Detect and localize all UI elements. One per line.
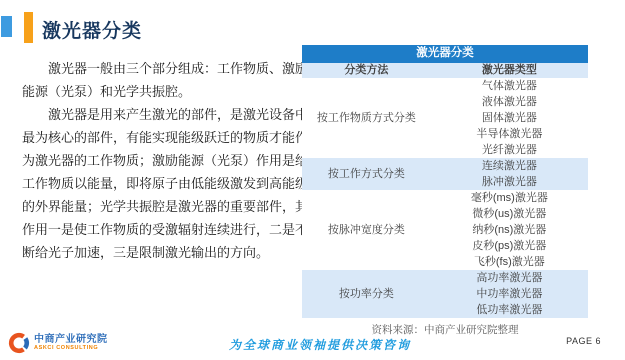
type-cell: 气体激光器 xyxy=(431,78,588,94)
type-cell: 低功率激光器 xyxy=(431,302,588,318)
laser-classification-table: 激光器分类 分类方法 激光器类型 按工作物质方式分类气体激光器液体激光器固体激光… xyxy=(302,45,588,318)
laser-table-body: 按工作物质方式分类气体激光器液体激光器固体激光器半导体激光器光纤激光器按工作方式… xyxy=(302,78,588,318)
type-cell: 高功率激光器 xyxy=(431,270,588,286)
method-cell: 按功率分类 xyxy=(302,270,431,318)
type-cell: 连续激光器 xyxy=(431,158,588,174)
table-header-row: 分类方法 激光器类型 xyxy=(302,63,588,78)
type-cell: 中功率激光器 xyxy=(431,286,588,302)
method-cell: 按工作物质方式分类 xyxy=(302,78,431,158)
company-slogan: 为全球商业领袖提供决策咨询 xyxy=(229,336,411,353)
company-logo: 中商产业研究院 ASKCI CONSULTING xyxy=(8,332,108,354)
table-row: 按脉冲宽度分类毫秒(ms)激光器 xyxy=(302,190,588,206)
type-cell: 脉冲激光器 xyxy=(431,174,588,190)
table-row: 按工作物质方式分类气体激光器 xyxy=(302,78,588,94)
type-cell: 固体激光器 xyxy=(431,110,588,126)
type-cell: 光纤激光器 xyxy=(431,142,588,158)
table-title: 激光器分类 xyxy=(302,45,588,63)
method-cell: 按脉冲宽度分类 xyxy=(302,190,431,270)
title-accent-blue-square xyxy=(1,16,12,37)
column-header-method: 分类方法 xyxy=(302,63,431,78)
askci-logo-icon xyxy=(8,332,30,354)
logo-name-en: ASKCI CONSULTING xyxy=(34,345,108,352)
type-cell: 纳秒(ns)激光器 xyxy=(431,222,588,238)
body-paragraph-1: 激光器一般由三个部分组成：工作物质、激励能源（光泵）和光学共振腔。 xyxy=(22,57,308,103)
body-paragraph-2: 激光器是用来产生激光的部件，是激光设备中最为核心的部件，有能实现能级跃迁的物质才… xyxy=(22,103,308,264)
body-text: 激光器一般由三个部分组成：工作物质、激励能源（光泵）和光学共振腔。 激光器是用来… xyxy=(22,57,308,264)
type-cell: 皮秒(ps)激光器 xyxy=(431,238,588,254)
logo-name-cn: 中商产业研究院 xyxy=(34,334,108,345)
type-cell: 毫秒(ms)激光器 xyxy=(431,190,588,206)
table-row: 按功率分类高功率激光器 xyxy=(302,270,588,286)
method-cell: 按工作方式分类 xyxy=(302,158,431,190)
table-title-row: 激光器分类 xyxy=(302,45,588,63)
page-number: PAGE 6 xyxy=(566,336,601,346)
type-cell: 半导体激光器 xyxy=(431,126,588,142)
table-source: 资料来源：中商产业研究院整理 xyxy=(302,322,588,337)
laser-classification-table-wrap: 激光器分类 分类方法 激光器类型 按工作物质方式分类气体激光器液体激光器固体激光… xyxy=(302,45,588,337)
page-title: 激光器分类 xyxy=(42,16,142,43)
table-row: 按工作方式分类连续激光器 xyxy=(302,158,588,174)
logo-text: 中商产业研究院 ASKCI CONSULTING xyxy=(34,334,108,352)
type-cell: 微秒(us)激光器 xyxy=(431,206,588,222)
type-cell: 飞秒(fs)激光器 xyxy=(431,254,588,270)
title-accent-orange-bar xyxy=(24,12,33,43)
column-header-type: 激光器类型 xyxy=(431,63,588,78)
type-cell: 液体激光器 xyxy=(431,94,588,110)
slide: { "header": { "title": "激光器分类" }, "body"… xyxy=(0,0,625,360)
